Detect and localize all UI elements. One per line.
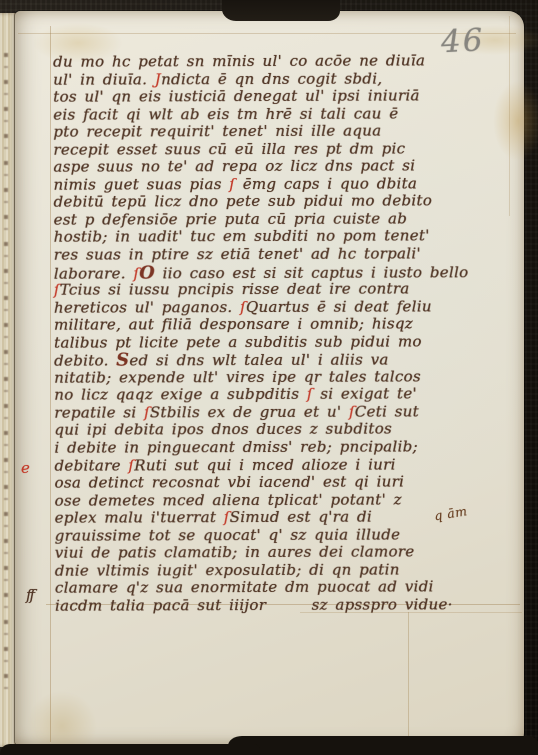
text-line: hereticos ul' paganos. ſQuartus ē si dea…: [54, 298, 480, 317]
text-line: grauissime tot se quocat' q' sz quia ill…: [55, 526, 481, 545]
text-line: res suas in ptire sz etiā tenet' ad hc t…: [54, 245, 480, 264]
manuscript-text: i debite in pinguecant dmiss' reb; pncip…: [54, 438, 418, 457]
manuscript-text: ul' in diuīa.: [53, 70, 155, 88]
manuscript-text: recepit esset suus cū eū illa res pt dm …: [53, 139, 405, 158]
manuscript-text: hereticos ul' paganos.: [54, 298, 240, 317]
text-line: ose demetes mced aliena tplicat' potant'…: [55, 491, 481, 510]
text-line: du mo hc petat sn mīnis ul' co acōe ne d…: [53, 52, 479, 71]
manuscript-text: talibus pt licite pete a subditis sub pi…: [54, 332, 422, 351]
ruling-line-vertical-left: [50, 26, 51, 742]
manuscript-text: res suas in ptire sz etiā tenet' ad hc t…: [54, 244, 421, 263]
text-line: eis facit qi wlt ab eis tm hrē si tali c…: [53, 105, 479, 124]
text-line: iacdm talia pacā sut iiijor sz apsspro v…: [55, 596, 481, 615]
marginal-ff-mark: ff: [26, 586, 33, 604]
text-line: osa detinct recosnat vbi iacend' est qi …: [54, 473, 480, 492]
manuscript-text: laborare.: [54, 264, 134, 282]
manuscript-text: debito.: [54, 352, 116, 370]
manuscript-text: [266, 596, 311, 614]
manuscript-text: ēmg caps i quo dbita: [235, 174, 417, 193]
manuscript-text: debitū tepū licz dno pete sub pidui mo d…: [54, 192, 433, 211]
manuscript-text: eplex malu i'tuerrat: [55, 508, 224, 527]
page-edge-notch-bottom: [228, 736, 538, 755]
text-line: laborare. ſO iio caso est si sit captus …: [54, 263, 480, 282]
text-line: repatile si ſStbilis ex de grua et u' ſC…: [54, 403, 480, 422]
manuscript-text: debitare: [54, 456, 128, 474]
ruling-line-vertical-right: [509, 16, 510, 216]
marginal-rubric-mark: e: [21, 459, 30, 477]
text-block: du mo hc petat sn mīnis ul' co acōe ne d…: [53, 52, 481, 615]
manuscript-text: nitatib; expende ult' vires ipe qr tales…: [54, 367, 421, 386]
manuscript-photo: 46 du mo hc petat sn mīnis ul' co acōe n…: [0, 0, 538, 755]
manuscript-text: Ceti sut: [355, 402, 419, 420]
page-edge-notch-top: [222, 0, 340, 21]
manuscript-text: tos ul' qn eis iusticiā denegat ul' ipsi…: [53, 87, 420, 106]
manuscript-text: qui ipi debita ipos dnos duces z subdito…: [54, 420, 392, 439]
text-line: eplex malu i'tuerrat ſSimud est q'ra di: [55, 508, 481, 527]
text-line: debitū tepū licz dno pete sub pidui mo d…: [54, 193, 480, 212]
manuscript-text: viui de patis clamatib; in aures dei cla…: [55, 543, 415, 562]
manuscript-text: Stbilis ex de grua et u': [150, 403, 349, 422]
manuscript-text: nimis guet suas pias: [53, 175, 229, 194]
manuscript-text: sz apsspro vidue·: [312, 595, 453, 613]
text-line: recepit esset suus cū eū illa res pt dm …: [53, 140, 479, 159]
manuscript-text: Quartus ē si deat feliu: [246, 297, 432, 316]
manuscript-text: Ruti sut qui i mced alioze i iuri: [134, 455, 396, 474]
manuscript-text: dnie vltimis iugit' exposulatib; di qn p…: [55, 560, 400, 579]
manuscript-text: ose demetes mced aliena tplicat' potant'…: [55, 490, 402, 509]
manuscript-text: iacdm talia pacā sut iiijor: [55, 596, 266, 615]
manuscript-text: no licz qaqz exige a subpditis: [54, 385, 307, 404]
manuscript-text: eis facit qi wlt ab eis tm hrē si tali c…: [53, 104, 398, 123]
manuscript-text: est p defensiōe prie puta cū pria cuiste…: [54, 209, 408, 228]
text-line: viui de patis clamatib; in aures dei cla…: [55, 544, 481, 563]
manuscript-text: grauissime tot se quocat' q' sz quia ill…: [55, 525, 401, 544]
text-line: debitare ſRuti sut qui i mced alioze i i…: [54, 456, 480, 475]
crease-line-vertical: [408, 612, 409, 742]
manuscript-text: Simud est q'ra di: [230, 508, 372, 526]
manuscript-text: militare, aut filiā desponsare i omnib; …: [54, 315, 413, 334]
text-line: i debite in pinguecant dmiss' reb; pncip…: [54, 438, 480, 457]
manuscript-text: osa detinct recosnat vbi iacend' est qi …: [54, 473, 404, 492]
manuscript-text: hostib; in uadit' tuc em subditi no pom …: [54, 227, 430, 246]
manuscript-text: ndicta ē qn dns cogit sbdi,: [161, 69, 382, 88]
manuscript-text: si exigat te': [313, 385, 417, 403]
manuscript-text: du mo hc petat sn mīnis ul' co acōe ne d…: [53, 51, 425, 70]
manuscript-text: Tcius si iussu pncipis risse deat ire co…: [60, 280, 410, 299]
manuscript-text: repatile si: [54, 403, 144, 421]
manuscript-text: pto recepit requirit' tenet' nisi ille a…: [53, 122, 381, 141]
manuscript-text: clamare q'z sua enormitate dm puocat ad …: [55, 578, 434, 597]
text-line: pto recepit requirit' tenet' nisi ille a…: [53, 122, 479, 141]
text-line: tos ul' qn eis iusticiā denegat ul' ipsi…: [53, 87, 479, 106]
page-edge-notch-bottom-left: [0, 744, 260, 755]
bleed-through-marks: [4, 53, 8, 693]
manuscript-text: aspe suus no te' ad repa oz licz dns pac…: [53, 157, 415, 176]
